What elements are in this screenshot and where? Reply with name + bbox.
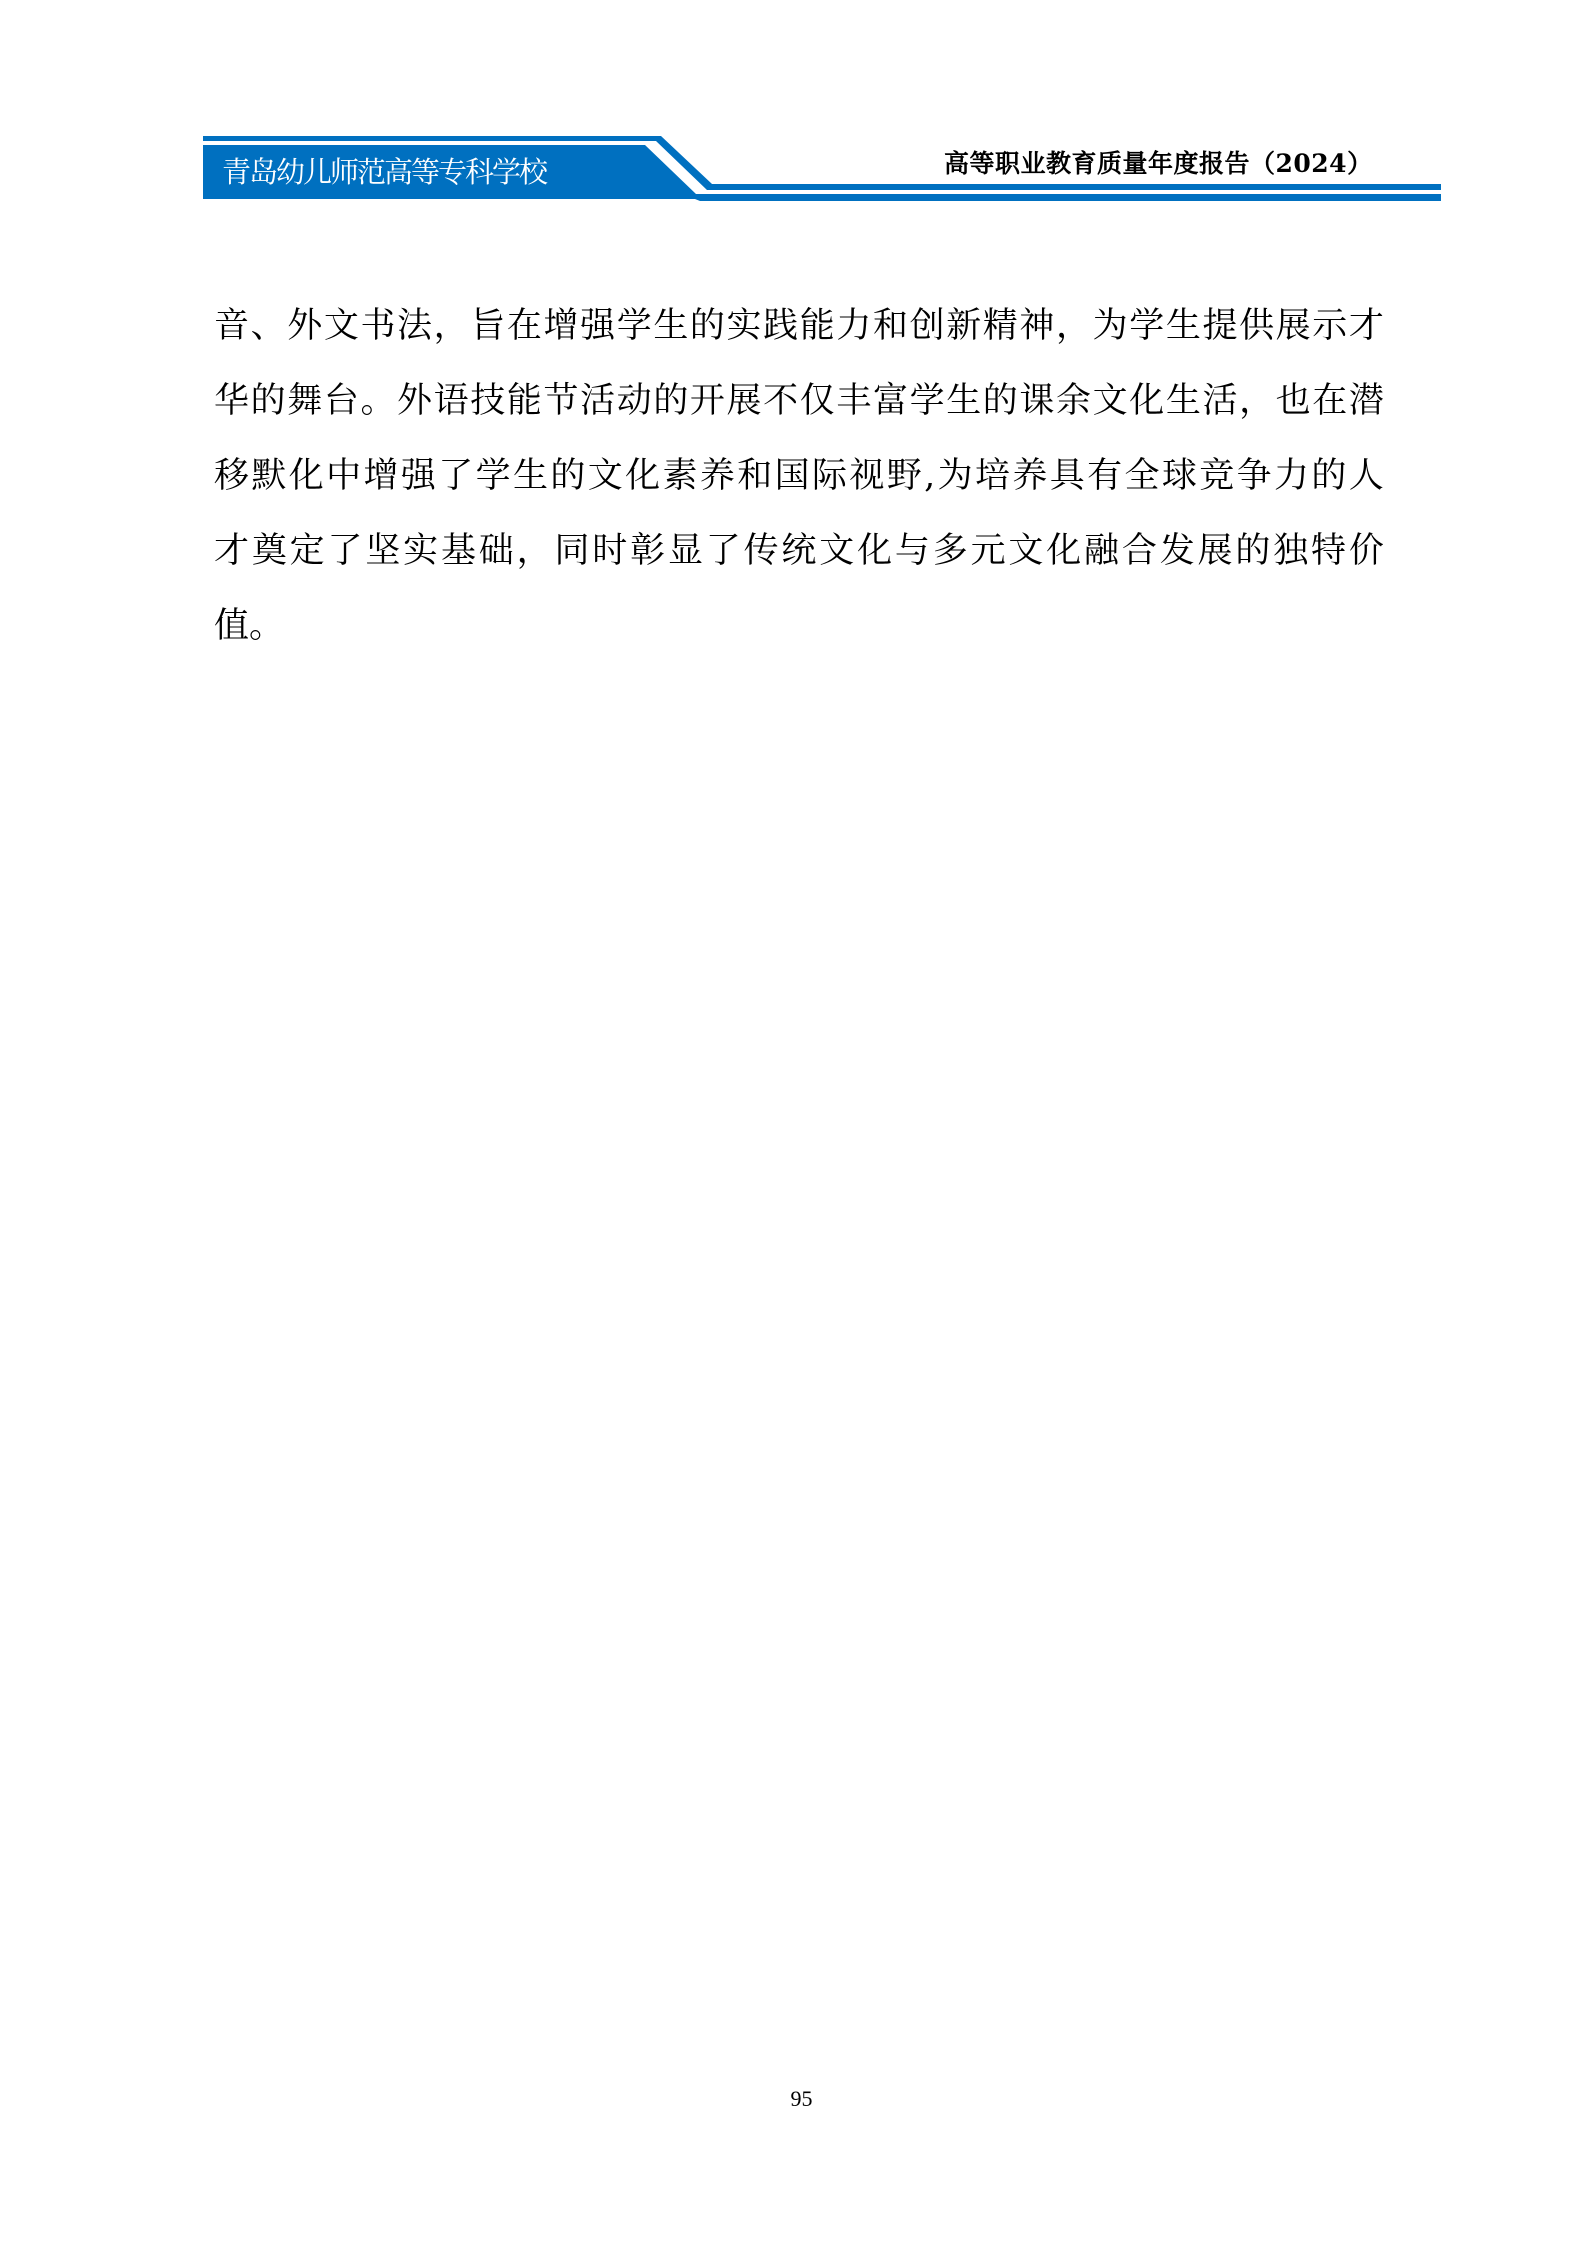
- text-char: 富: [873, 375, 908, 450]
- text-char: 、: [251, 300, 286, 375]
- text-char: 融: [1084, 525, 1119, 600]
- text-char: 书: [360, 300, 395, 375]
- text-char: 化: [1129, 375, 1164, 450]
- text-char: 文: [1008, 525, 1043, 600]
- text-char: 生: [946, 375, 981, 450]
- text-char: 创: [910, 300, 945, 375]
- text-char: 学: [476, 450, 511, 525]
- text-char: 的: [983, 375, 1018, 450]
- text-char: 力: [1274, 450, 1309, 525]
- text-char: 统: [781, 525, 816, 600]
- text-char: 培: [975, 450, 1010, 525]
- text-char: 文: [324, 300, 359, 375]
- text-char: 提: [1202, 300, 1237, 375]
- text-char: 文: [1093, 375, 1128, 450]
- paragraph-line: 才奠定了坚实基础，同时彰显了传统文化与多元文化融合发展的独特价: [214, 525, 1384, 600]
- text-char: 旨: [470, 300, 505, 375]
- text-char: 和: [737, 450, 772, 525]
- text-char: 多: [933, 525, 968, 600]
- text-char: 生: [1166, 375, 1201, 450]
- text-char: 生: [653, 300, 688, 375]
- text-char: ,: [924, 450, 935, 525]
- text-char: 生: [1166, 300, 1201, 375]
- paragraph-line: 值。: [214, 600, 1384, 675]
- text-char: 化: [289, 450, 324, 525]
- text-char: 发: [1160, 525, 1195, 600]
- text-char: 增: [364, 450, 399, 525]
- text-char: 余: [1056, 375, 1091, 450]
- text-char: 能: [800, 300, 835, 375]
- text-char: 能: [507, 375, 542, 450]
- text-char: 化: [857, 525, 892, 600]
- text-char: 课: [1019, 375, 1054, 450]
- text-char: 学: [910, 375, 945, 450]
- text-char: 学: [617, 300, 652, 375]
- text-char: 生: [513, 450, 548, 525]
- report-title: 高等职业教育质量年度报告（2024）: [944, 144, 1373, 184]
- text-char: 动: [617, 375, 652, 450]
- text-char: 神: [1019, 300, 1054, 375]
- text-char: 。: [249, 600, 284, 675]
- text-char: 的: [690, 300, 725, 375]
- text-char: 的: [550, 450, 585, 525]
- text-char: 定: [290, 525, 325, 600]
- text-char: 技: [470, 375, 505, 450]
- text-char: 了: [438, 450, 473, 525]
- text-char: 文: [819, 525, 854, 600]
- text-char: 节: [543, 375, 578, 450]
- text-char: ，: [1239, 375, 1274, 450]
- paragraph-line: 华的舞台。外语技能节活动的开展不仅丰富学生的课余文化生活，也在潜: [214, 375, 1384, 450]
- text-char: 示: [1312, 300, 1347, 375]
- text-char: 显: [668, 525, 703, 600]
- text-char: 全: [1125, 450, 1160, 525]
- text-char: 元: [971, 525, 1006, 600]
- text-char: 中: [326, 450, 361, 525]
- text-char: 音: [214, 300, 249, 375]
- text-char: 展: [727, 375, 762, 450]
- text-char: 化: [1046, 525, 1081, 600]
- text-char: 丰: [836, 375, 871, 450]
- text-char: 为: [1093, 300, 1128, 375]
- text-char: 和: [873, 300, 908, 375]
- text-char: 实: [403, 525, 438, 600]
- text-char: 潜: [1349, 375, 1384, 450]
- text-char: 不: [763, 375, 798, 450]
- page-number: 95: [0, 2086, 1587, 2112]
- text-char: 语: [434, 375, 469, 450]
- text-char: 舞: [287, 375, 322, 450]
- text-char: 活: [1202, 375, 1237, 450]
- text-char: 价: [1349, 525, 1384, 600]
- text-char: 。: [360, 375, 395, 450]
- text-char: 化: [625, 450, 660, 525]
- text-char: 野: [887, 450, 922, 525]
- text-char: 在: [1312, 375, 1347, 450]
- text-char: 力: [836, 300, 871, 375]
- text-char: ，: [517, 525, 552, 600]
- text-char: 养: [700, 450, 735, 525]
- text-char: 移: [214, 450, 249, 525]
- body-paragraph: 音、外文书法，旨在增强学生的实践能力和创新精神，为学生提供展示才 华的舞台。外语…: [214, 300, 1384, 675]
- text-char: 际: [812, 450, 847, 525]
- text-char: 默: [251, 450, 286, 525]
- text-char: 坚: [365, 525, 400, 600]
- text-char: 合: [1122, 525, 1157, 600]
- text-char: 特: [1311, 525, 1346, 600]
- text-char: ，: [434, 300, 469, 375]
- paragraph-line: 移默化中增强了学生的文化素养和国际视野,为培养具有全球竞争力的人: [214, 450, 1384, 525]
- text-char: 展: [1276, 300, 1311, 375]
- text-char: 精: [983, 300, 1018, 375]
- text-char: 强: [401, 450, 436, 525]
- text-char: 了: [706, 525, 741, 600]
- text-char: 才: [214, 525, 249, 600]
- text-char: 增: [543, 300, 578, 375]
- text-char: 的: [1235, 525, 1270, 600]
- text-char: 外: [287, 300, 322, 375]
- text-char: 学: [1129, 300, 1164, 375]
- school-name: 青岛幼儿师范高等专科学校: [222, 150, 546, 194]
- text-char: 也: [1276, 375, 1311, 450]
- text-char: 础: [479, 525, 514, 600]
- text-char: 奠: [252, 525, 287, 600]
- text-char: 法: [397, 300, 432, 375]
- text-char: 强: [580, 300, 615, 375]
- text-char: 值: [214, 600, 249, 675]
- text-char: 外: [397, 375, 432, 450]
- text-char: 与: [895, 525, 930, 600]
- text-char: 基: [441, 525, 476, 600]
- text-char: 供: [1239, 300, 1274, 375]
- text-char: 时: [592, 525, 627, 600]
- text-char: 素: [663, 450, 698, 525]
- text-char: 华: [214, 375, 249, 450]
- text-char: 展: [1198, 525, 1233, 600]
- text-char: 文: [588, 450, 623, 525]
- paragraph-line: 音、外文书法，旨在增强学生的实践能力和创新精神，为学生提供展示才: [214, 300, 1384, 375]
- text-char: 视: [849, 450, 884, 525]
- text-char: 人: [1349, 450, 1384, 525]
- text-char: 的: [653, 375, 688, 450]
- text-char: 在: [507, 300, 542, 375]
- text-char: 活: [580, 375, 615, 450]
- text-char: 国: [775, 450, 810, 525]
- text-char: 同: [554, 525, 589, 600]
- text-char: 开: [690, 375, 725, 450]
- text-char: 了: [327, 525, 362, 600]
- text-char: 传: [744, 525, 779, 600]
- text-char: 仅: [800, 375, 835, 450]
- text-char: 的: [251, 375, 286, 450]
- text-char: ，: [1056, 300, 1091, 375]
- text-char: 独: [1273, 525, 1308, 600]
- text-char: 才: [1349, 300, 1384, 375]
- text-char: 养: [1012, 450, 1047, 525]
- text-char: 争: [1237, 450, 1272, 525]
- text-char: 球: [1162, 450, 1197, 525]
- text-char: 具: [1050, 450, 1085, 525]
- text-char: 新: [946, 300, 981, 375]
- text-char: 有: [1087, 450, 1122, 525]
- text-char: 实: [727, 300, 762, 375]
- text-char: 践: [763, 300, 798, 375]
- header-banner: [0, 0, 1587, 230]
- text-char: 的: [1311, 450, 1346, 525]
- text-char: 为: [938, 450, 973, 525]
- text-char: 竞: [1199, 450, 1234, 525]
- text-char: 台: [324, 375, 359, 450]
- text-char: 彰: [630, 525, 665, 600]
